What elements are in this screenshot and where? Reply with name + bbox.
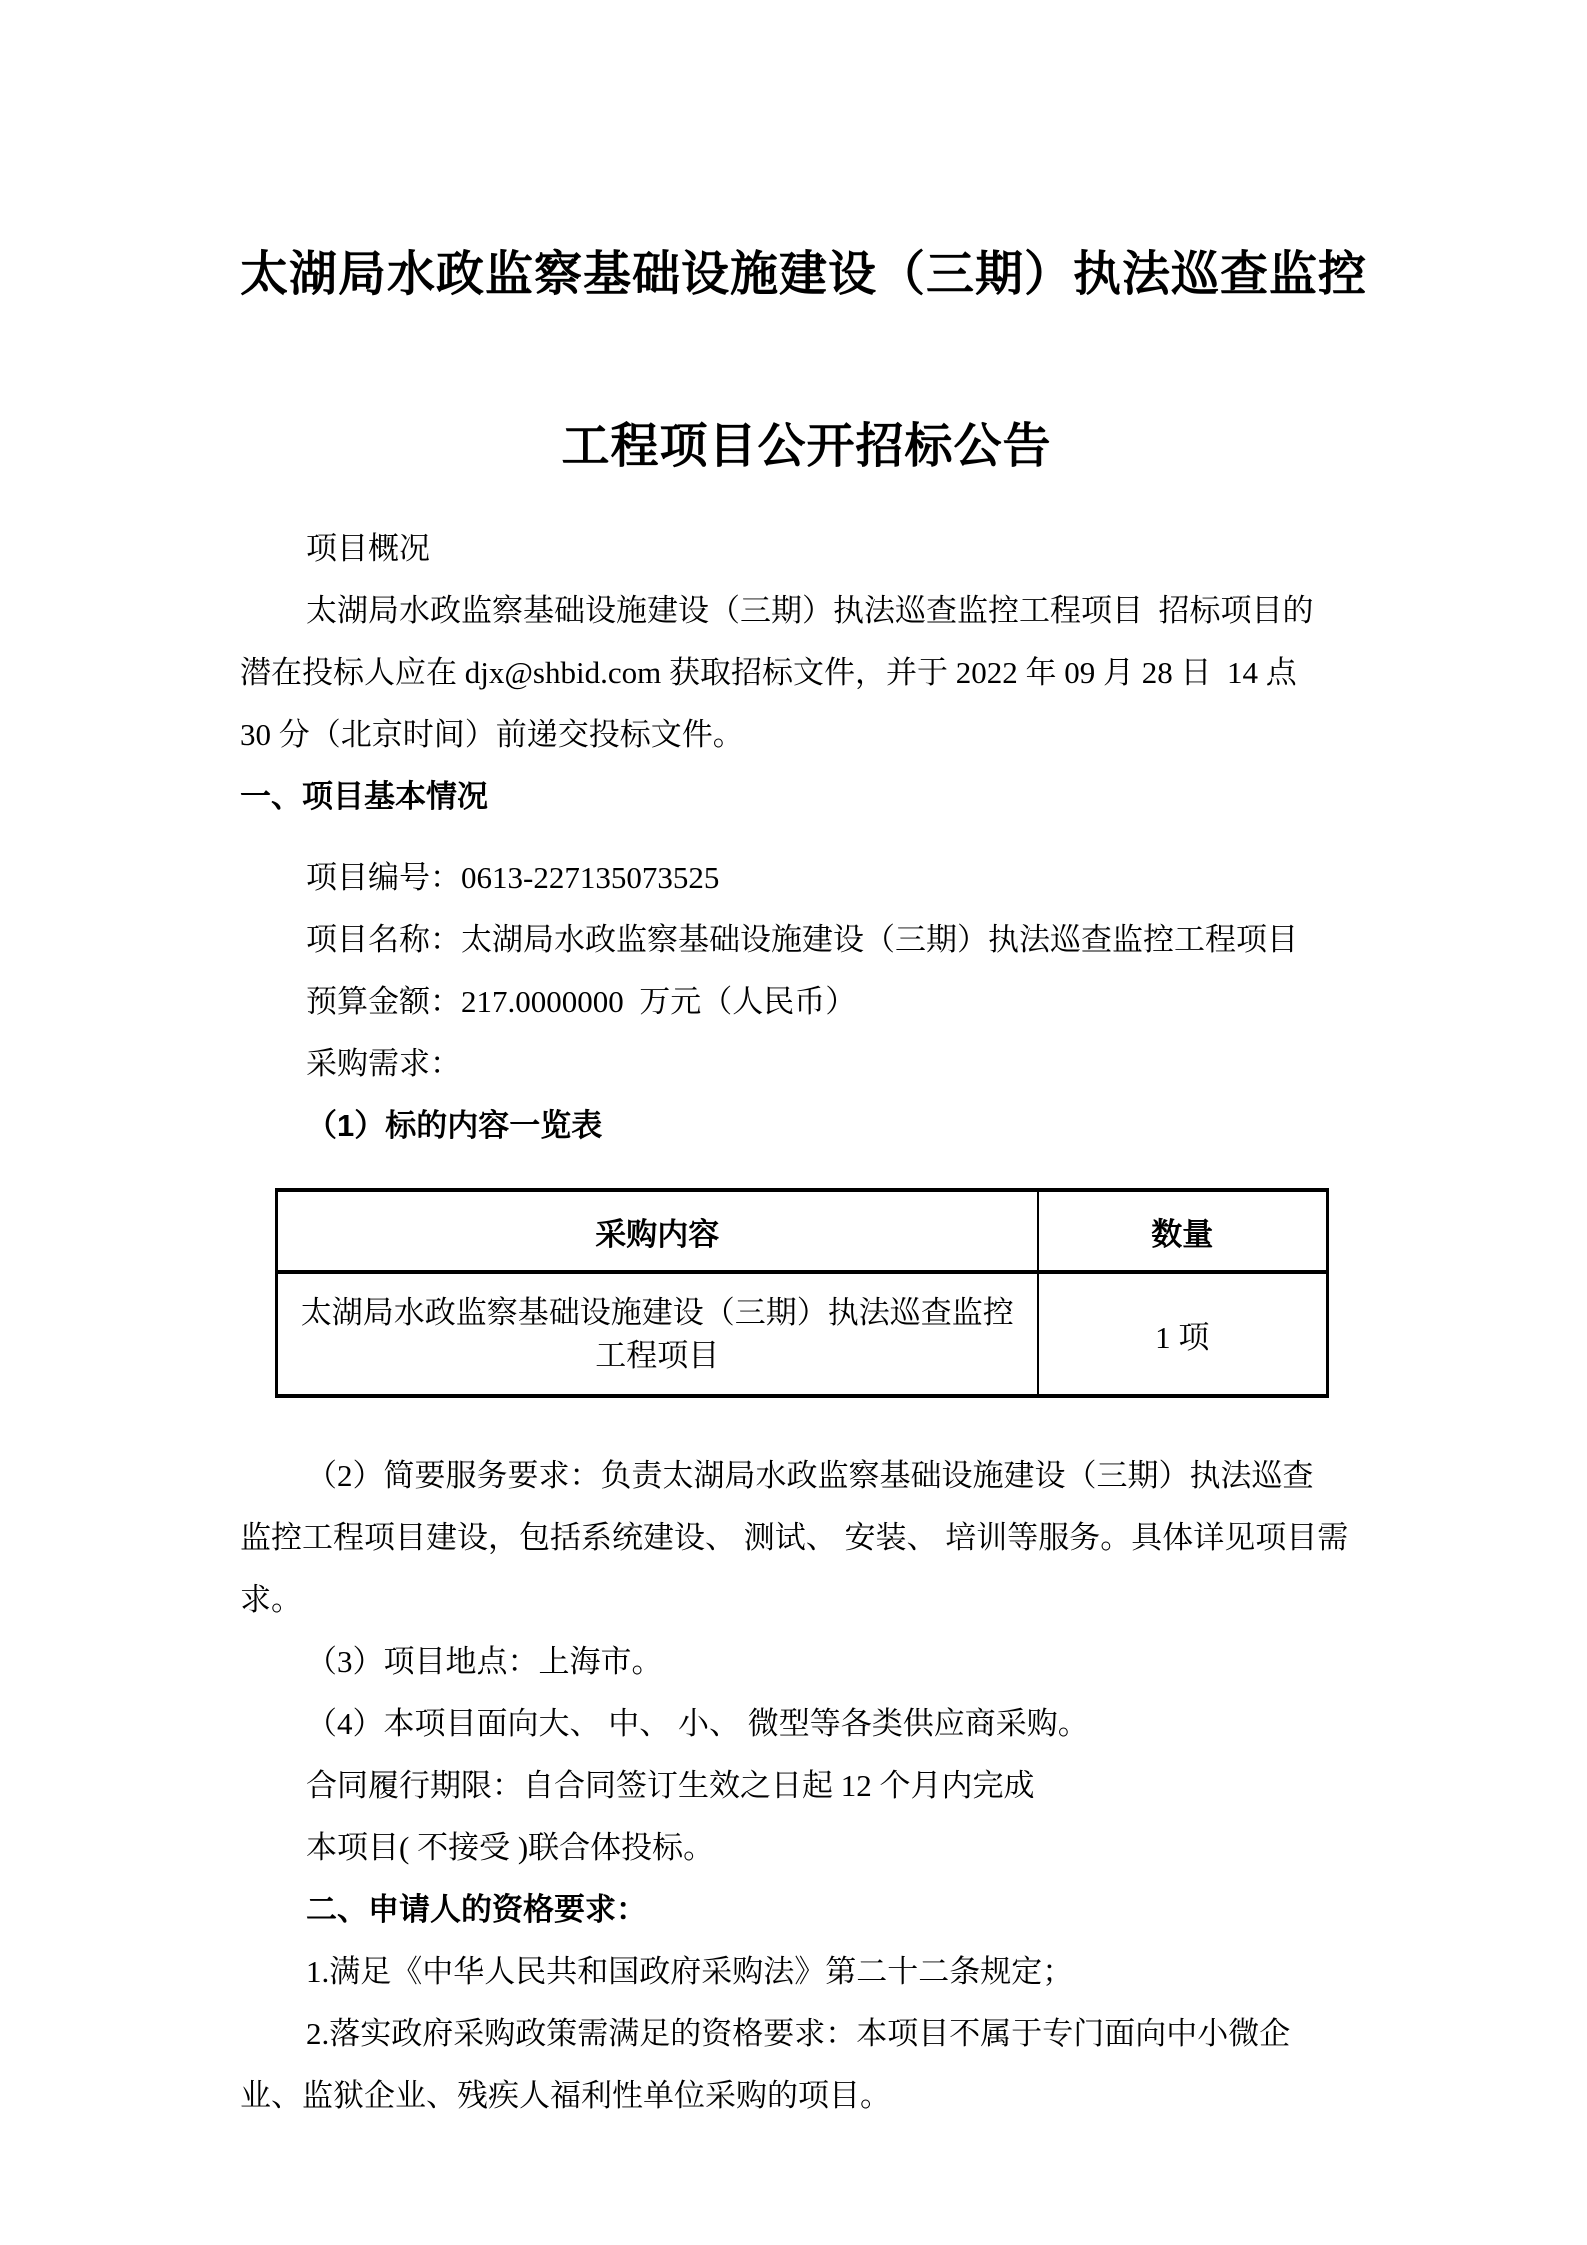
table-caption: （1）标的内容一览表 [240,1095,1347,1157]
intro-line-2: 潜在投标人应在 djx@shbid.com 获取招标文件，并于 2022 年 0… [240,642,1347,704]
items-table: 采购内容 数量 太湖局水政监察基础设施建设（三期）执法巡查监控 工程项目 1 项 [275,1188,1329,1398]
document-page: 太湖局水政监察基础设施建设（三期）执法巡查监控 工程项目公开招标公告 项目概况 … [0,0,1587,2245]
table-cell-content-line-2: 工程项目 [278,1334,1037,1377]
item-4-supplier-scope: （4）本项目面向大、 中、 小、 微型等各类供应商采购。 [240,1693,1347,1755]
table-cell-quantity: 1 项 [1038,1272,1328,1396]
doc-title: 太湖局水政监察基础设施建设（三期）执法巡查监控 工程项目公开招标公告 [240,232,1347,490]
project-number: 项目编号：0613-227135073525 [240,847,1347,909]
intro-line-1: 太湖局水政监察基础设施建设（三期）执法巡查监控工程项目 招标项目的 [240,580,1347,642]
table-row: 太湖局水政监察基础设施建设（三期）执法巡查监控 工程项目 1 项 [277,1272,1328,1396]
table-header-quantity: 数量 [1038,1190,1328,1272]
doc-title-line-1: 太湖局水政监察基础设施建设（三期）执法巡查监控 [240,248,1367,301]
consortium-statement: 本项目( 不接受 )联合体投标。 [240,1817,1347,1879]
table-cell-content: 太湖局水政监察基础设施建设（三期）执法巡查监控 工程项目 [277,1272,1038,1396]
requirement-2-line-2: 业、监狱企业、残疾人福利性单位采购的项目。 [240,2065,1347,2127]
doc-title-line-2: 工程项目公开招标公告 [561,420,1051,473]
table-header-row: 采购内容 数量 [277,1190,1328,1272]
project-overview-label: 项目概况 [240,518,1347,580]
section-1-heading: 一、项目基本情况 [240,766,1347,828]
table-header-content: 采购内容 [277,1190,1038,1272]
intro-line-3: 30 分（北京时间）前递交投标文件。 [240,704,1347,766]
budget-amount: 预算金额：217.0000000 万元（人民币） [240,971,1347,1033]
project-name: 项目名称：太湖局水政监察基础设施建设（三期）执法巡查监控工程项目 [240,909,1347,971]
item-2-line-3: 求。 [240,1569,1347,1631]
table-cell-content-line-1: 太湖局水政监察基础设施建设（三期）执法巡查监控 [278,1291,1037,1334]
contract-period: 合同履行期限：自合同签订生效之日起 12 个月内完成 [240,1755,1347,1817]
section-2-heading: 二、申请人的资格要求： [240,1879,1347,1941]
item-2-line-2: 监控工程项目建设，包括系统建设、 测试、 安装、 培训等服务。具体详见项目需 [240,1507,1347,1569]
requirement-2-line-1: 2.落实政府采购政策需满足的资格要求：本项目不属于专门面向中小微企 [240,2003,1347,2065]
item-2-line-1: （2）简要服务要求：负责太湖局水政监察基础设施建设（三期）执法巡查 [240,1445,1347,1507]
requirement-1: 1.满足《中华人民共和国政府采购法》第二十二条规定； [240,1941,1347,2003]
item-3-location: （3）项目地点：上海市。 [240,1631,1347,1693]
procurement-demand-label: 采购需求： [240,1033,1347,1095]
